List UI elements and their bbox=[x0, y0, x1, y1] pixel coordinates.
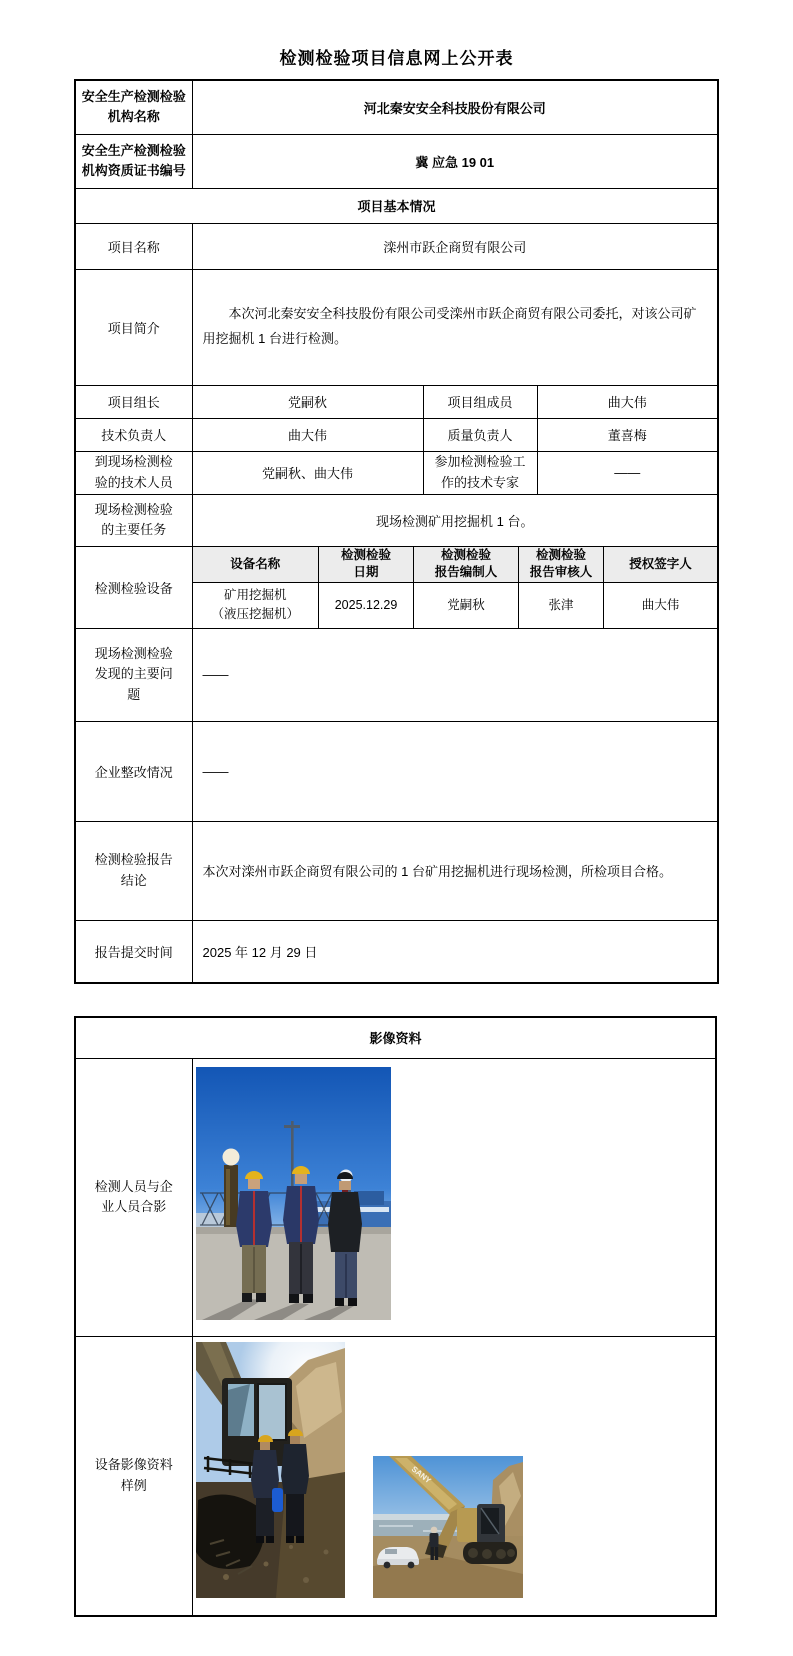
equipment-col-date: 检测检验 日期 bbox=[319, 547, 414, 583]
group-photo-label: 检测人员与企 业人员合影 bbox=[75, 1058, 192, 1336]
members-label: 项目组成员 bbox=[423, 385, 537, 418]
rectification-value: —— bbox=[192, 721, 718, 821]
rectification-label: 企业整改情况 bbox=[75, 721, 192, 821]
main-task-label: 现场检测检验 的主要任务 bbox=[75, 494, 192, 546]
project-name-label: 项目名称 bbox=[75, 223, 192, 269]
group-photo-image bbox=[196, 1067, 391, 1320]
equipment-reviewer-cell: 张津 bbox=[519, 582, 604, 628]
equipment-table: 设备名称 检测检验 日期 检测检验 报告编制人 检测检验 报告审核人 授权签字人… bbox=[193, 547, 718, 628]
excavator-photo-1 bbox=[196, 1342, 345, 1598]
cert-number-value: 冀 应急 19 01 bbox=[192, 134, 718, 188]
equipment-col-name: 设备名称 bbox=[193, 547, 319, 583]
expert-label: 参加检测检验工 作的技术专家 bbox=[423, 451, 537, 494]
expert-value: —— bbox=[537, 451, 718, 494]
leader-value: 党嗣秋 bbox=[192, 385, 423, 418]
equipment-label: 检测检验设备 bbox=[75, 546, 192, 628]
main-task-value: 现场检测矿用挖掘机 1 台。 bbox=[192, 494, 718, 546]
tech-lead-label: 技术负责人 bbox=[75, 418, 192, 451]
tech-lead-value: 曲大伟 bbox=[192, 418, 423, 451]
problems-found-value: —— bbox=[192, 628, 718, 721]
section-media-title: 影像资料 bbox=[75, 1017, 716, 1058]
equipment-name-cell: 矿用挖掘机 （液压挖掘机） bbox=[193, 582, 319, 628]
conclusion-label: 检测检验报告 结论 bbox=[75, 821, 192, 920]
onsite-staff-label: 到现场检测检 验的技术人员 bbox=[75, 451, 192, 494]
onsite-staff-value: 党嗣秋、曲大伟 bbox=[192, 451, 423, 494]
equipment-date-cell: 2025.12.29 bbox=[319, 582, 414, 628]
conclusion-value: 本次对滦州市跃企商贸有限公司的 1 台矿用挖掘机进行现场检测，所检项目合格。 bbox=[192, 821, 718, 920]
equipment-col-signatory: 授权签字人 bbox=[604, 547, 718, 583]
quality-lead-value: 董喜梅 bbox=[537, 418, 718, 451]
document-page: { "title": "检测检验项目信息网上公开表", "table1": { … bbox=[0, 0, 793, 1656]
page-title: 检测检验项目信息网上公开表 bbox=[0, 0, 793, 69]
org-name-value: 河北秦安安全科技股份有限公司 bbox=[192, 80, 718, 134]
equipment-photo-label: 设备影像资料 样例 bbox=[75, 1336, 192, 1616]
submit-time-value: 2025 年 12 月 29 日 bbox=[192, 920, 718, 983]
equipment-author-cell: 党嗣秋 bbox=[414, 582, 519, 628]
main-info-table: 安全生产检测检验 机构名称 河北秦安安全科技股份有限公司 安全生产检测检验 机构… bbox=[74, 79, 719, 984]
cert-number-label: 安全生产检测检验 机构资质证书编号 bbox=[75, 134, 192, 188]
submit-time-label: 报告提交时间 bbox=[75, 920, 192, 983]
quality-lead-label: 质量负责人 bbox=[423, 418, 537, 451]
section-basic-info-title: 项目基本情况 bbox=[75, 188, 718, 223]
project-name-value: 滦州市跃企商贸有限公司 bbox=[192, 223, 718, 269]
leader-label: 项目组长 bbox=[75, 385, 192, 418]
equipment-col-author: 检测检验 报告编制人 bbox=[414, 547, 519, 583]
members-value: 曲大伟 bbox=[537, 385, 718, 418]
excavator-photo-2: SANY bbox=[373, 1456, 523, 1598]
media-table: 影像资料 检测人员与企 业人员合影 bbox=[74, 1016, 717, 1617]
org-name-label: 安全生产检测检验 机构名称 bbox=[75, 80, 192, 134]
problems-found-label: 现场检测检验 发现的主要问 题 bbox=[75, 628, 192, 721]
equipment-signatory-cell: 曲大伟 bbox=[604, 582, 718, 628]
equipment-col-reviewer: 检测检验 报告审核人 bbox=[519, 547, 604, 583]
project-intro-value: 本次河北秦安安全科技股份有限公司受滦州市跃企商贸有限公司委托，对该公司矿用挖掘机… bbox=[192, 269, 718, 385]
project-intro-label: 项目简介 bbox=[75, 269, 192, 385]
